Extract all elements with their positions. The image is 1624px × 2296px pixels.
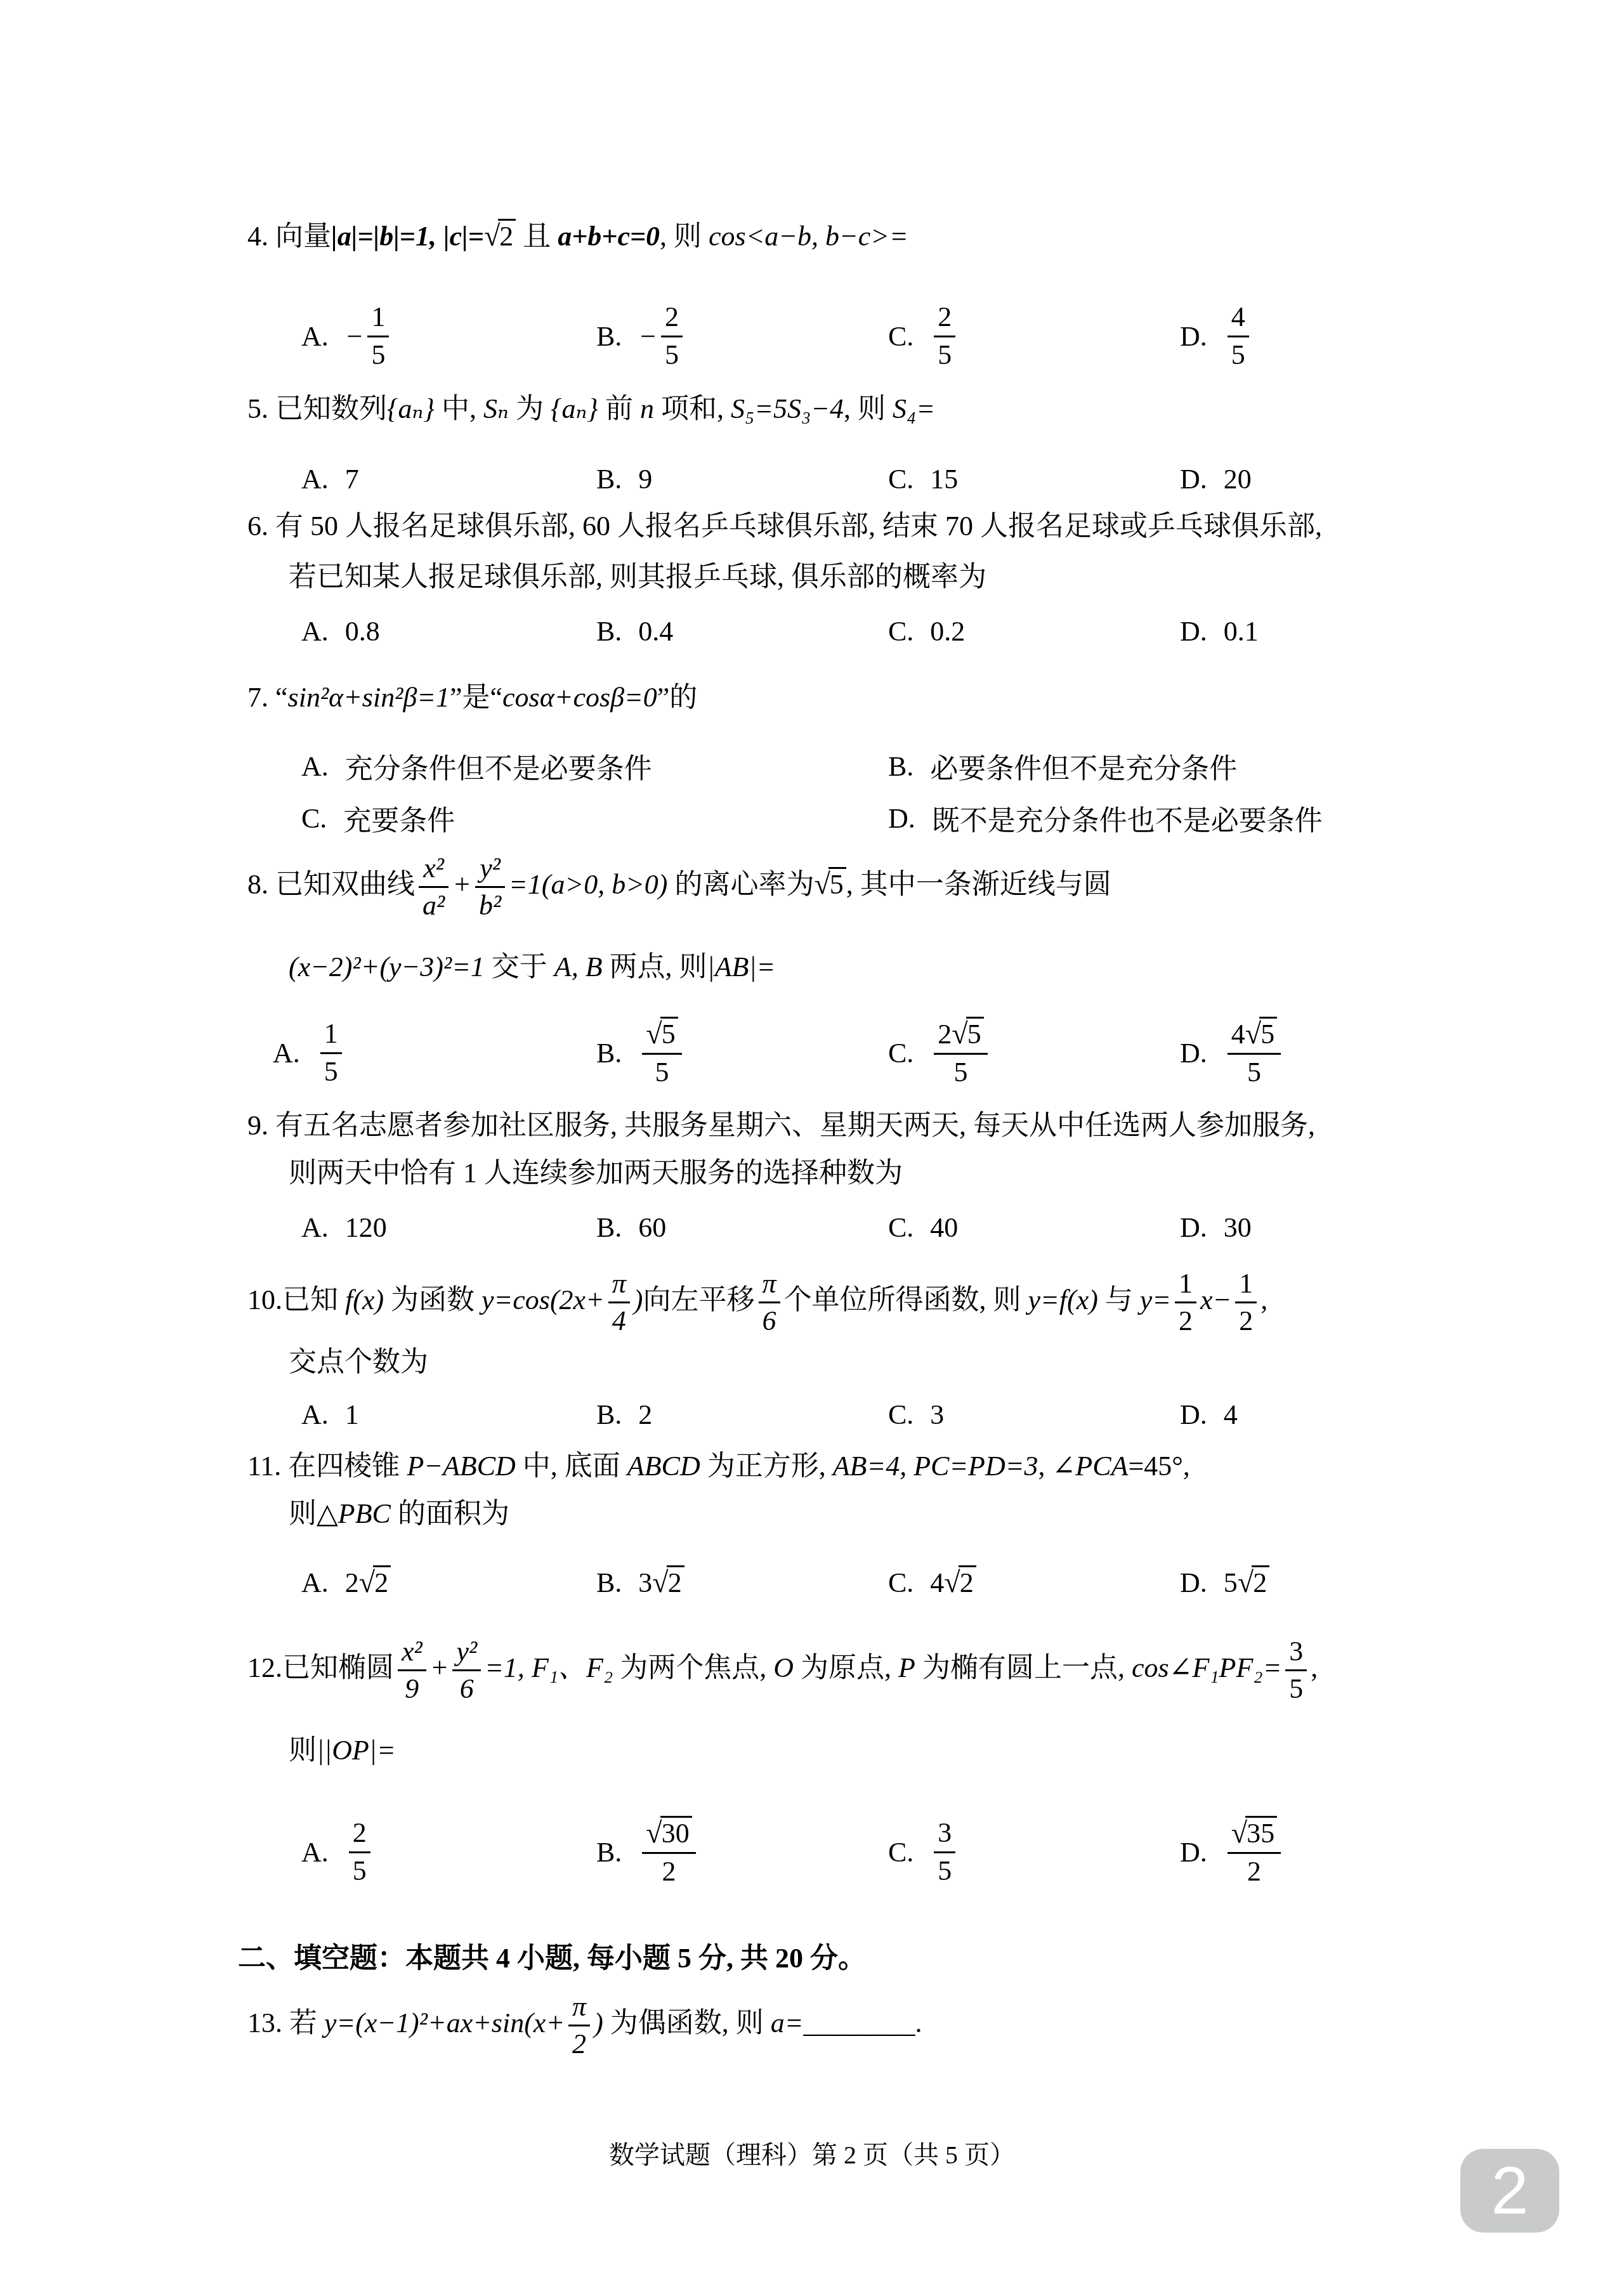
option-label: C. <box>888 1836 913 1869</box>
text-run: =1(a>0, b>0) <box>509 869 667 900</box>
option-c: C.35 <box>888 1804 959 1900</box>
text-run: 2 <box>345 1567 359 1599</box>
option-a: A.25 <box>301 1804 374 1900</box>
fraction: 25 <box>349 1817 370 1888</box>
text-run: cos∠F₁PF₂= <box>1132 1652 1281 1683</box>
question-11-stem-line-2: 则△PBC 的面积为 <box>289 1495 509 1533</box>
option-label: D. <box>1180 320 1207 353</box>
text-run: − <box>345 320 364 353</box>
question-6-stem-line-1: 6. 有 50 人报名足球俱乐部, 60 人报名乒乓球俱乐部, 结束 70 人报… <box>247 507 1322 545</box>
option-label: A. <box>273 1037 300 1069</box>
question-10-stem-line-2: 交点个数为 <box>289 1343 428 1381</box>
text-run: 7 <box>345 463 359 495</box>
text-run: f(x) <box>345 1284 384 1315</box>
question-12-stem-line-2: 则||OP|= <box>289 1732 396 1770</box>
text-run: 若已知某人报足球俱乐部, 则其报乒乓球, 俱乐部的概率为 <box>289 561 986 592</box>
text-run: PC=PD=3 <box>913 1451 1038 1482</box>
text-run: 为正方形, <box>700 1451 833 1482</box>
question-7-options-row-2: C.充要条件D.既不是充分条件也不是必要条件 <box>0 799 1624 837</box>
question-10-stem-line-1: 10.已知 f(x) 为函数 y=cos(2x+π4)向左平移π6个单位所得函数… <box>247 1256 1267 1345</box>
text-run: 为偶函数, 则 <box>603 2007 771 2038</box>
text-run: 4. 向量 <box>247 221 331 252</box>
option-a: A.0.8 <box>301 612 380 650</box>
text-run: ”是“ <box>450 682 502 713</box>
text-run: y= <box>1140 1284 1171 1315</box>
text-run: 3 <box>930 1399 944 1431</box>
fraction: π6 <box>759 1267 780 1339</box>
text-run: 交于 <box>485 951 554 982</box>
option-b: B.3√2 <box>596 1563 684 1601</box>
question-7-stem: 7. “sin²α+sin²β=1”是“cosα+cosβ=0”的 <box>247 679 697 717</box>
fraction: 12 <box>1175 1267 1196 1339</box>
text-run: 4 <box>1224 1399 1238 1431</box>
text-run: ”的 <box>657 682 698 713</box>
text-run: PBC <box>338 1498 391 1529</box>
option-label: C. <box>888 463 913 495</box>
option-label: C. <box>888 1567 913 1599</box>
option-c: C.25 <box>888 289 959 384</box>
text-run: 2 <box>638 1399 652 1431</box>
page-footer: 数学试题（理科）第 2 页（共 5 页） <box>0 2136 1624 2174</box>
option-a: A.1 <box>301 1395 359 1433</box>
text-run: 个单位所得函数, 则 <box>784 1284 1028 1315</box>
question-13-stem: 13. 若 y=(x−1)²+ax+sin(x+π2) 为偶函数, 则 a=__… <box>247 1979 922 2068</box>
text-run: 4 <box>930 1567 944 1599</box>
text-run: 充分条件但不是必要条件 <box>345 746 652 786</box>
option-b: B.60 <box>596 1208 666 1246</box>
option-a: A.2√2 <box>301 1563 391 1601</box>
text-run: 9 <box>638 463 652 495</box>
option-label: B. <box>596 1836 622 1869</box>
radical: √30 <box>646 1816 691 1850</box>
text-run: 0.1 <box>1224 615 1259 648</box>
text-run: − <box>638 320 657 353</box>
question-12-options-row: A.25B.√302C.35D.√352 <box>0 1804 1624 1900</box>
text-run: 8. 已知双曲线 <box>247 869 415 900</box>
fraction: π2 <box>568 1990 590 2062</box>
text-run: 必要条件但不是充分条件 <box>930 746 1237 786</box>
option-b: B.2 <box>596 1395 652 1433</box>
fraction: x²9 <box>398 1635 426 1707</box>
text-run: |a|=|b|=1, |c|= <box>331 221 484 252</box>
section-2-heading: 二、填空题：本题共 4 小题, 每小题 5 分, 共 20 分。 <box>238 1940 866 1978</box>
text-run: 2 <box>938 1019 952 1050</box>
text-run: , <box>900 1451 913 1482</box>
option-d: D.√352 <box>1180 1804 1285 1900</box>
text-run: 6. 有 50 人报名足球俱乐部, 60 人报名乒乓球俱乐部, 结束 70 人报… <box>247 511 1322 542</box>
text-run: 0.2 <box>930 615 965 648</box>
fraction: 35 <box>1285 1635 1307 1707</box>
text-run: x− <box>1200 1284 1231 1315</box>
question-8-stem-line-1: 8. 已知双曲线x²a²+y²b²=1(a>0, b>0) 的离心率为√5, 其… <box>247 840 1111 929</box>
question-4-stem: 4. 向量|a|=|b|=1, |c|=√2 且 a+b+c=0, 则 cos<… <box>247 218 908 256</box>
option-c: C.3 <box>888 1395 944 1433</box>
text-run: 两点, 则 <box>603 951 707 982</box>
option-label: C. <box>888 1037 913 1069</box>
text-run: {aₙ} <box>551 393 598 424</box>
option-label: D. <box>1180 1836 1207 1869</box>
option-label: B. <box>596 1037 622 1069</box>
text-run: a+b+c=0 <box>558 221 660 252</box>
text-run: 30 <box>1224 1211 1252 1244</box>
option-a: A.120 <box>301 1208 387 1246</box>
option-b: B.√55 <box>596 1005 686 1100</box>
text-run: AB=4 <box>833 1451 900 1482</box>
question-5-stem: 5. 已知数列{aₙ} 中, Sₙ 为 {aₙ} 前 n 项和, S₅=5S₃−… <box>247 390 935 428</box>
option-a: A.−15 <box>301 289 393 384</box>
text-run: 则 <box>289 1735 317 1766</box>
fraction: √55 <box>642 1017 681 1090</box>
fraction: √352 <box>1228 1816 1281 1889</box>
text-run: P <box>898 1652 915 1683</box>
text-run: 12.已知椭圆 <box>247 1652 394 1683</box>
text-run: 为两个焦点, <box>613 1652 773 1683</box>
fraction: 4√55 <box>1228 1017 1281 1090</box>
text-run: =45°, <box>1128 1451 1189 1482</box>
option-d: D.45 <box>1180 289 1253 384</box>
text-run: y=f(x) <box>1028 1284 1098 1315</box>
option-label: B. <box>888 750 913 783</box>
text-run: , 则 <box>844 393 893 424</box>
question-12-stem-line-1: 12.已知椭圆x²9+y²6=1, F₁、F₂ 为两个焦点, O 为原点, P … <box>247 1624 1318 1712</box>
text-run: 120 <box>345 1211 387 1244</box>
text-run: 5 <box>1224 1567 1238 1599</box>
option-label: B. <box>596 1567 622 1599</box>
fraction: 25 <box>934 301 955 372</box>
fraction: √302 <box>642 1816 695 1889</box>
option-a: A.7 <box>301 460 359 498</box>
fraction: π4 <box>608 1267 630 1339</box>
radical: √5 <box>646 1017 678 1051</box>
option-b: B.必要条件但不是充分条件 <box>888 747 1237 785</box>
text-run: O <box>773 1652 794 1683</box>
option-label: B. <box>596 320 622 353</box>
text-run: 的面积为 <box>391 1498 509 1529</box>
text-run: 为函数 <box>384 1284 481 1315</box>
option-b: B.√302 <box>596 1804 700 1900</box>
option-c: C.4√2 <box>888 1563 976 1601</box>
text-run: sin²α+sin²β=1 <box>288 682 450 713</box>
radical: √5 <box>952 1017 983 1051</box>
question-5-options-row: A.7B.9C.15D.20 <box>0 460 1624 498</box>
text-run: + <box>430 1652 449 1683</box>
fraction: 15 <box>367 301 389 372</box>
option-label: D. <box>1180 1211 1207 1244</box>
text-run: 1 <box>345 1399 359 1431</box>
text-run: 中, <box>435 393 483 424</box>
text-run: A, B <box>554 951 603 982</box>
option-label: C. <box>888 1211 913 1244</box>
option-label: A. <box>301 320 329 353</box>
option-d: D.既不是充分条件也不是必要条件 <box>888 799 1323 837</box>
radical: √2 <box>1238 1565 1269 1600</box>
option-label: D. <box>888 802 915 835</box>
text-run: , 则 <box>660 221 709 252</box>
fraction: 35 <box>934 1817 955 1888</box>
option-label: D. <box>1180 463 1207 495</box>
option-c: C.40 <box>888 1208 958 1246</box>
question-6-stem-line-2: 若已知某人报足球俱乐部, 则其报乒乓球, 俱乐部的概率为 <box>289 558 986 596</box>
fraction: y²6 <box>452 1635 481 1707</box>
text-run: 的离心率为 <box>668 869 815 900</box>
question-6-options-row: A.0.8B.0.4C.0.2D.0.1 <box>0 612 1624 650</box>
text-run: ) <box>594 2007 603 2038</box>
text-run: PCA <box>1075 1451 1128 1482</box>
text-run: 60 <box>638 1211 666 1244</box>
option-d: D.4√55 <box>1180 1005 1285 1100</box>
option-label: C. <box>301 802 327 835</box>
radical: √2 <box>652 1565 684 1600</box>
text-run: 前 <box>598 393 640 424</box>
option-label: B. <box>596 615 622 648</box>
option-label: A. <box>301 1399 329 1431</box>
text-run: S₅=5S₃−4 <box>731 393 844 424</box>
text-run: (x−2)²+(y−3)²=1 <box>289 951 485 982</box>
fraction: 45 <box>1228 301 1249 372</box>
option-label: B. <box>596 1211 622 1244</box>
text-run: 11. 在四棱锥 <box>247 1451 407 1482</box>
text-run <box>525 1652 532 1683</box>
text-run: a= <box>771 2007 804 2038</box>
text-run: 则两天中恰有 1 人连续参加两天服务的选择种数为 <box>289 1158 903 1189</box>
option-d: D.20 <box>1180 460 1252 498</box>
option-b: B.0.4 <box>596 612 673 650</box>
text-run: cosα+cosβ=0 <box>502 682 657 713</box>
option-label: C. <box>888 615 913 648</box>
option-b: B.−25 <box>596 289 686 384</box>
text-run: y=cos(2x+ <box>481 1284 605 1315</box>
question-8-stem-line-2: (x−2)²+(y−3)²=1 交于 A, B 两点, 则|AB|= <box>289 948 775 986</box>
text-run: 40 <box>930 1211 958 1244</box>
text-run: 4 <box>1231 1019 1245 1050</box>
option-c: C.15 <box>888 460 958 498</box>
option-label: B. <box>596 1399 622 1431</box>
text-run: + <box>452 869 471 900</box>
text-run: 10.已知 <box>247 1284 345 1315</box>
option-label: A. <box>301 615 329 648</box>
radical: √2 <box>944 1565 976 1600</box>
option-d: D.0.1 <box>1180 612 1259 650</box>
text-run: 为原点, <box>794 1652 898 1683</box>
text-run: 中, 底面 <box>516 1451 627 1482</box>
option-label: D. <box>1180 1567 1207 1599</box>
text-run: ________ <box>803 2007 915 2038</box>
text-run: 0.8 <box>345 615 380 648</box>
text-run: , <box>1311 1652 1318 1683</box>
text-run: 9. 有五名志愿者参加社区服务, 共服务星期六、星期天两天, 每天从中任选两人参… <box>247 1110 1315 1141</box>
fraction: 2√55 <box>934 1017 987 1090</box>
question-9-stem-line-1: 9. 有五名志愿者参加社区服务, 共服务星期六、星期天两天, 每天从中任选两人参… <box>247 1107 1315 1145</box>
text-run: 项和, <box>654 393 731 424</box>
text-run: F₁、F₂ <box>532 1652 613 1683</box>
text-run: 与 <box>1098 1284 1140 1315</box>
text-run: 13. 若 <box>247 2007 324 2038</box>
text-run: 充要条件 <box>343 798 455 838</box>
text-run: 5. 已知数列 <box>247 393 387 424</box>
option-d: D.5√2 <box>1180 1563 1269 1601</box>
option-a: A.充分条件但不是必要条件 <box>301 747 652 785</box>
option-label: C. <box>888 320 913 353</box>
text-run: S₄= <box>893 393 935 424</box>
question-4-options-row: A.−15B.−25C.25D.45 <box>0 289 1624 384</box>
option-c: C.充要条件 <box>301 799 455 837</box>
text-run: P−ABCD <box>407 1451 515 1482</box>
option-label: A. <box>301 1211 329 1244</box>
fraction: 12 <box>1235 1267 1257 1339</box>
text-run: cos<a−b, b−c>= <box>709 221 908 252</box>
option-b: B.9 <box>596 460 652 498</box>
text-run: Sₙ <box>483 393 509 424</box>
text-run: 既不是充分条件也不是必要条件 <box>932 798 1323 838</box>
option-d: D.30 <box>1180 1208 1252 1246</box>
radical: √2 <box>484 219 516 253</box>
option-label: A. <box>301 750 329 783</box>
fraction: x²a² <box>419 852 449 923</box>
fraction: y²b² <box>475 852 505 923</box>
text-run: 向左平移 <box>643 1284 755 1315</box>
text-run: 交点个数为 <box>289 1347 428 1378</box>
text-run: 为椭有圆上一点, <box>915 1652 1132 1683</box>
question-9-stem-line-2: 则两天中恰有 1 人连续参加两天服务的选择种数为 <box>289 1154 903 1192</box>
option-label: B. <box>596 463 622 495</box>
option-label: A. <box>301 1567 329 1599</box>
exam-page: 4. 向量|a|=|b|=1, |c|=√2 且 a+b+c=0, 则 cos<… <box>0 0 1624 2296</box>
radical: √5 <box>815 867 846 901</box>
text-run: ) <box>634 1284 643 1315</box>
question-9-options-row: A.120B.60C.40D.30 <box>0 1208 1624 1246</box>
option-label: D. <box>1180 1399 1207 1431</box>
text-run: . <box>915 2007 922 2038</box>
question-10-options-row: A.1B.2C.3D.4 <box>0 1395 1624 1433</box>
text-run: 20 <box>1224 463 1252 495</box>
fraction: 25 <box>661 301 683 372</box>
text-run: {aₙ} <box>387 393 435 424</box>
text-run: 0.4 <box>638 615 673 648</box>
text-run: n <box>640 393 654 424</box>
question-8-options-row: A.15B.√55C.2√55D.4√55 <box>0 1005 1624 1100</box>
question-7-options-row-1: A.充分条件但不是必要条件B.必要条件但不是充分条件 <box>0 747 1624 785</box>
option-c: C.0.2 <box>888 612 965 650</box>
text-run: 且 <box>516 221 558 252</box>
question-11-stem-line-1: 11. 在四棱锥 P−ABCD 中, 底面 ABCD 为正方形, AB=4, P… <box>247 1447 1190 1485</box>
option-label: D. <box>1180 1037 1207 1069</box>
text-run: ABCD <box>627 1451 700 1482</box>
text-run: =1, <box>485 1652 525 1683</box>
option-d: D.4 <box>1180 1395 1238 1433</box>
text-run: , 其中一条渐近线与圆 <box>846 869 1111 900</box>
text-run: , <box>1261 1284 1267 1315</box>
fraction: 15 <box>320 1017 342 1089</box>
text-run: , ∠ <box>1038 1451 1075 1482</box>
option-label: D. <box>1180 615 1207 648</box>
text-run: y=(x−1)²+ax+sin(x+ <box>324 2007 565 2038</box>
radical: √5 <box>1245 1017 1277 1051</box>
radical: √35 <box>1231 1816 1277 1850</box>
text-run: 为 <box>509 393 551 424</box>
option-label: A. <box>301 463 329 495</box>
option-label: C. <box>888 1399 913 1431</box>
text-run: 则△ <box>289 1498 338 1529</box>
text-run: 3 <box>638 1567 652 1599</box>
text-run: 15 <box>930 463 958 495</box>
text-run: ||OP|= <box>317 1735 396 1766</box>
question-11-options-row: A.2√2B.3√2C.4√2D.5√2 <box>0 1563 1624 1601</box>
option-label: A. <box>301 1836 329 1869</box>
text-run: |AB|= <box>707 951 776 982</box>
text-run: 7. “ <box>247 682 288 713</box>
option-c: C.2√55 <box>888 1005 992 1100</box>
option-a: A.15 <box>273 1005 346 1100</box>
page-number-badge: 2 <box>1460 2149 1559 2233</box>
radical: √2 <box>359 1565 391 1600</box>
